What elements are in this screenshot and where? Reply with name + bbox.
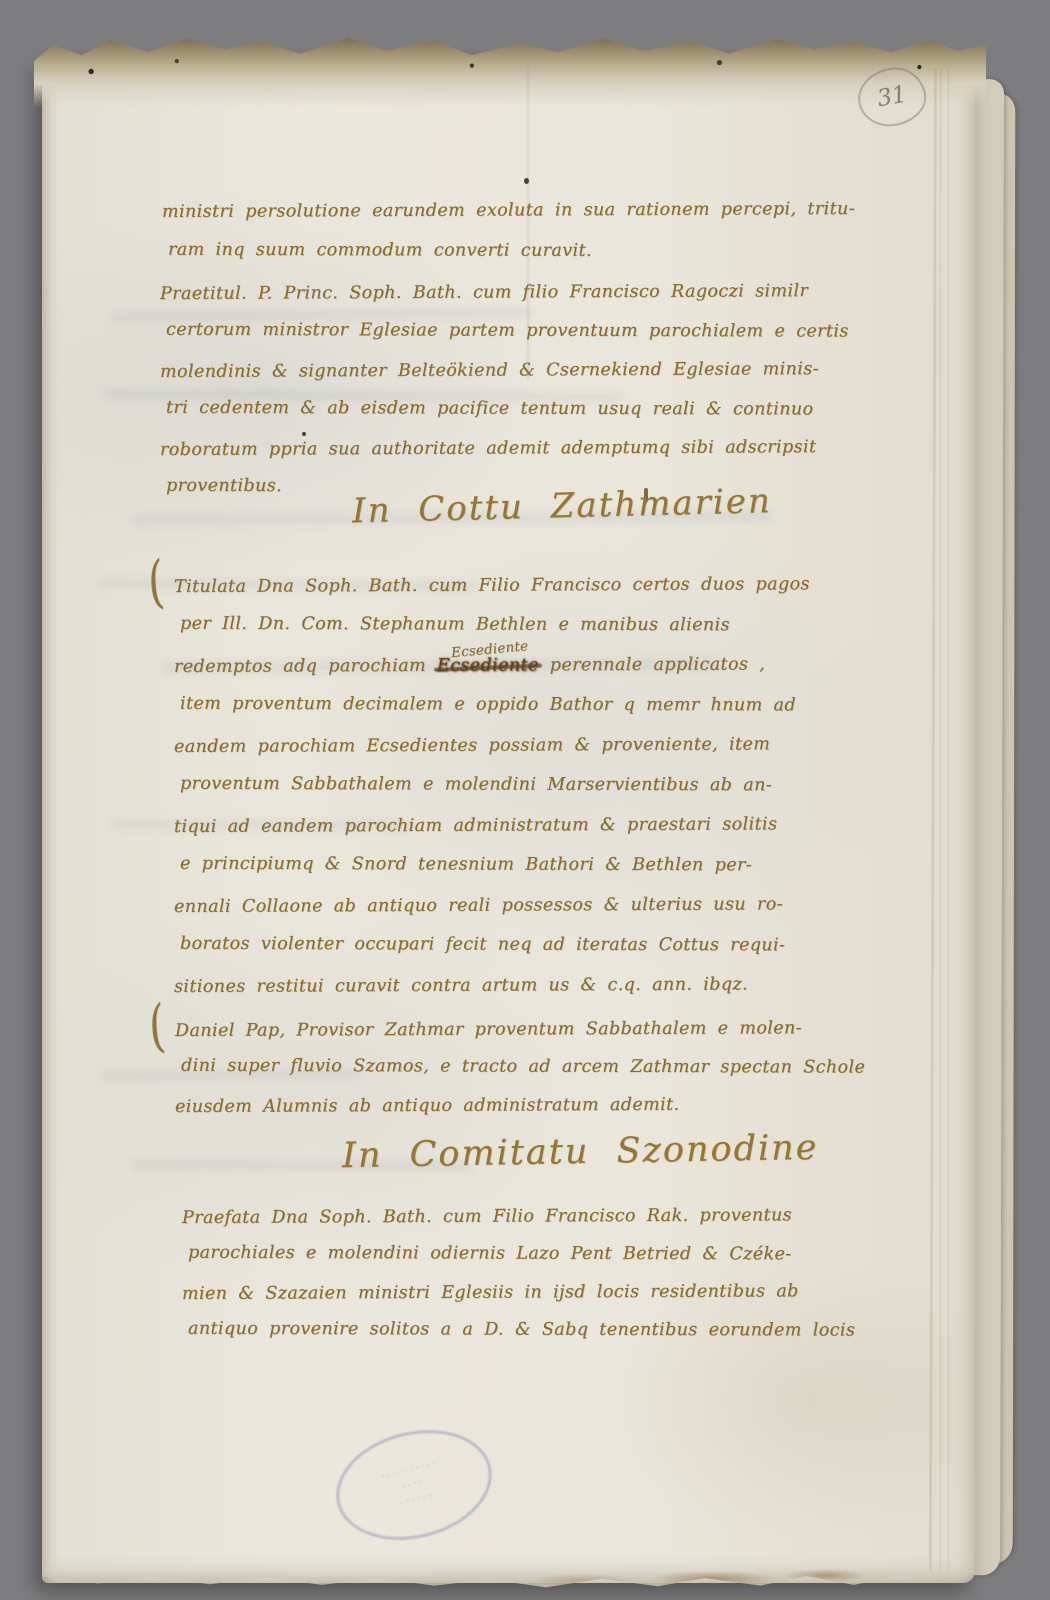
text-line: proventum Sabbathalem e molendini Marser… (180, 764, 1050, 806)
paragraph-1: ministri persolutione earundem exoluta i… (42, 190, 1050, 272)
text-line: molendinis & signanter Belteökiend & Cse… (160, 349, 1050, 392)
folio-number: 31 (875, 82, 908, 113)
paragraph-2: Praetitul. P. Princ. Soph. Bath. cum fil… (42, 273, 1050, 507)
text-line: mien & Szazaien ministri Eglesiis in ijs… (182, 1271, 1050, 1313)
text-line: eiusdem Alumnis ab antiquo administratum… (175, 1084, 1050, 1126)
torn-bottom-edge (42, 1555, 975, 1589)
text-line-content: ram inq suum commodum converti curavit. (168, 240, 592, 261)
text-line-content: Praetitul. P. Princ. Soph. Bath. cum fil… (160, 281, 808, 304)
pen-flourish: ( (144, 999, 171, 1054)
paragraph-3: ( Titulata Dna Soph. Bath. cum Filio Fra… (42, 565, 1050, 1005)
text-line-content: roboratum ppria sua authoritate ademit a… (160, 437, 816, 460)
text-line: parochiales e molendini odiernis Lazo Pe… (188, 1234, 1050, 1274)
pen-flourish: ( (142, 554, 170, 612)
correction-wrap: EcsedienteEcsediente (437, 645, 539, 685)
paragraph-4: ( Daniel Pap, Provisor Zathmar proventum… (42, 1010, 1050, 1124)
text-line-content: redemptos adq parochiam (174, 656, 437, 677)
text-line-content: proventibus. (166, 476, 282, 496)
text-line: ram inq suum commodum converti curavit. … (168, 230, 1050, 273)
text-line-content: dini super fluvio Szamos, e tracto ad ar… (181, 1056, 865, 1078)
text-line: eandem parochiam Ecsedientes possiam & p… (174, 723, 1050, 767)
text-line: ministri persolutione earundem exoluta i… (162, 188, 1050, 233)
text-line-content: ennali Collaone ab antiquo reali possess… (174, 894, 783, 917)
text-line-content: eiusdem Alumnis ab antiquo administratum… (175, 1095, 680, 1117)
text-line-content: Daniel Pap, Provisor Zathmar proventum S… (175, 1018, 802, 1041)
text-line: ( Titulata Dna Soph. Bath. cum Filio Fra… (174, 563, 1050, 607)
text-line-content: Praefata Dna Soph. Bath. cum Filio Franc… (182, 1205, 792, 1228)
text-line-content: ministri persolutione earundem exoluta i… (162, 199, 855, 222)
torn-top-edge (34, 33, 986, 107)
text-line: tri cedentem & ab eisdem pacifice tentum… (166, 389, 1050, 430)
text-line-content: tiqui ad eandem parochiam administratum … (174, 814, 777, 837)
text-line-content: boratos violenter occupari fecit neq ad … (180, 934, 785, 956)
text-line: ennali Collaone ab antiquo reali possess… (174, 883, 1050, 927)
text-line-content: tri cedentem & ab eisdem pacifice tentum… (166, 398, 814, 420)
text-line: roboratum ppria sua authoritate ademit a… (160, 427, 1050, 470)
text-line: certorum ministror Eglesiae partem prove… (166, 311, 1050, 352)
scanned-manuscript-scene: 31 ministri persolutione earundem exolut… (0, 0, 1050, 1600)
text-line: e principiumq & Snord tenesnium Bathori … (180, 844, 1050, 886)
text-line: Praefata Dna Soph. Bath. cum Filio Franc… (182, 1195, 1050, 1237)
paragraph-5: Praefata Dna Soph. Bath. cum Filio Franc… (42, 1197, 1050, 1349)
text-line-with-correction: redemptos adq parochiam EcsedienteEcsedi… (174, 643, 1050, 687)
text-line: ( Daniel Pap, Provisor Zathmar proventum… (175, 1008, 1050, 1050)
manuscript-page: 31 ministri persolutione earundem exolut… (42, 60, 975, 1583)
ink-speck (524, 178, 529, 184)
stamp-glyphs: ···· (402, 1478, 427, 1492)
text-line: dini super fluvio Szamos, e tracto ad ar… (181, 1047, 1050, 1087)
text-line: sitiones restitui curavit contra artum u… (174, 963, 1050, 1007)
text-line-content: eandem parochiam Ecsedientes possiam & p… (174, 734, 770, 757)
text-line-content: sitiones restitui curavit contra artum u… (174, 975, 748, 998)
text-line: item proventum decimalem e oppido Bathor… (180, 684, 1050, 726)
text-line-content: e principiumq & Snord tenesnium Bathori … (180, 854, 752, 875)
text-line-content: mien & Szazaien ministri Eglesiis in ijs… (182, 1281, 799, 1304)
text-line-content: perennale applicatos , (539, 654, 766, 675)
text-line-content: item proventum decimalem e oppido Bathor… (180, 694, 796, 716)
stamp-glyphs: ·········· (381, 1459, 440, 1482)
text-line-content: molendinis & signanter Belteökiend & Cse… (160, 359, 819, 382)
text-line-content: certorum ministror Eglesiae partem prove… (166, 320, 849, 342)
text-line: Praetitul. P. Princ. Soph. Bath. cum fil… (160, 271, 1050, 314)
text-line: boratos violenter occupari fecit neq ad … (180, 924, 1050, 966)
text-line: per Ill. Dn. Com. Stephanum Bethlen e ma… (180, 604, 1050, 646)
text-line: antiquo provenire solitos a a D. & Sabq … (188, 1310, 1050, 1350)
text-line-content: antiquo provenire solitos a a D. & Sabq … (188, 1319, 855, 1341)
text-line-content: parochiales e molendini odiernis Lazo Pe… (188, 1243, 792, 1265)
text-line-content: proventum Sabbathalem e molendini Marser… (180, 774, 772, 796)
text-line-content: Titulata Dna Soph. Bath. cum Filio Franc… (174, 574, 810, 597)
stamp-glyphs: ······ (399, 1491, 435, 1508)
archive-ink-stamp: ·········· ···· ······ (325, 1414, 504, 1555)
text-line: tiqui ad eandem parochiam administratum … (174, 803, 1050, 847)
section-heading-second-county: In Comitatu Szonodine (342, 1120, 1050, 1176)
interlinear-correction: Ecsediente (449, 626, 530, 673)
